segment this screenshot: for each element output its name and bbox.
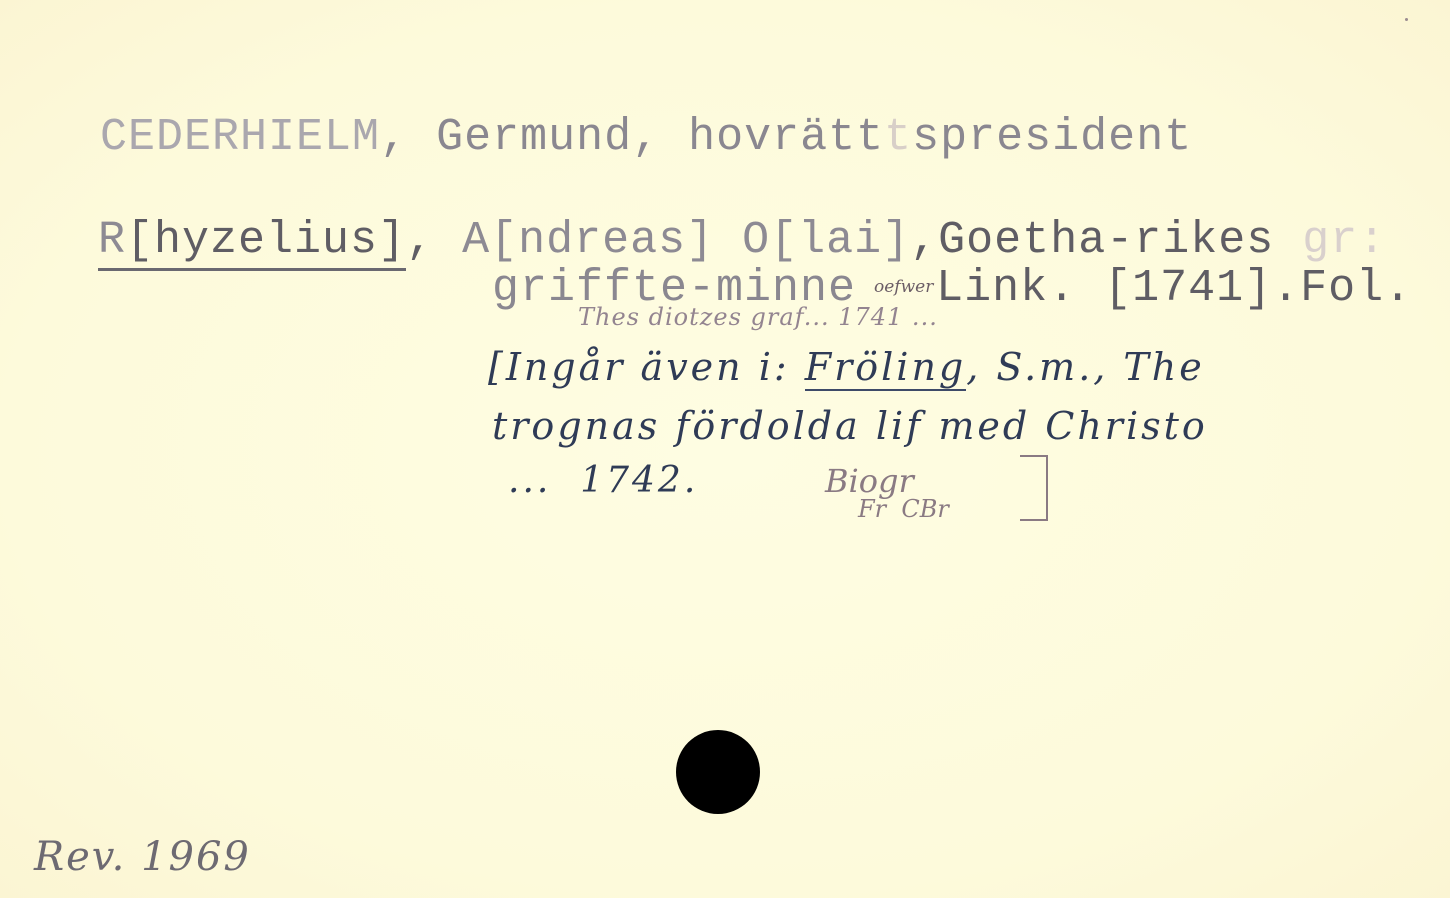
entry-format: .Fol.	[1272, 263, 1412, 314]
entry-title-start: Goetha-rikes	[938, 215, 1302, 266]
card-heading: CEDERHIELM, Germund, hovrätttspresident	[100, 112, 1192, 163]
entry-year: [1741]	[1104, 263, 1272, 314]
closing-bracket-mark	[1020, 455, 1048, 521]
ink-annotation-line-2: trognas fördolda lif med Christo	[492, 404, 1208, 448]
catalog-card: CEDERHIELM, Germund, hovrätttspresident …	[0, 0, 1450, 898]
author-initial: R	[98, 215, 126, 266]
entry-author-first-name: A[ndreas] O[lai]	[462, 215, 910, 266]
ink-annotation-line-3: ... 1742.	[508, 460, 698, 501]
heading-title-faint-letter: t	[884, 112, 912, 163]
heading-title-part2: spresident	[912, 112, 1192, 163]
handwritten-insert: oefwer	[874, 277, 933, 297]
entry-line-1: R[hyzelius], A[ndreas] O[lai],Goetha-rik…	[98, 215, 1386, 266]
punch-hole	[676, 730, 760, 814]
entry-comma-mark: ,	[910, 215, 938, 266]
paper-speck	[1405, 18, 1408, 21]
pencil-cb-note: Fr CBr	[858, 495, 949, 523]
ink-suffix: , S.m., The	[966, 345, 1205, 389]
ink-prefix: [Ingår även i:	[488, 345, 805, 389]
author-rest: [hyzelius]	[126, 215, 406, 266]
author-comma: ,	[406, 215, 462, 266]
entry-title-faint: gr:	[1302, 215, 1386, 266]
entry-author-surname: R[hyzelius]	[98, 215, 406, 271]
heading-separator: ,	[380, 112, 436, 163]
heading-given-name: Germund	[436, 112, 632, 163]
revision-note: Rev. 1969	[34, 834, 251, 880]
heading-surname: CEDERHIELM	[100, 112, 380, 163]
ink-underlined-author: Fröling	[805, 345, 967, 391]
ink-annotation-line-1: [Ingår även i: Fröling, S.m., The	[488, 345, 1205, 389]
pencil-title-annotation: Thes diotzes graf... 1741 ...	[578, 303, 938, 331]
heading-title-part1: hovrätt	[688, 112, 884, 163]
entry-place: Link.	[936, 263, 1104, 314]
heading-separator: ,	[632, 112, 688, 163]
